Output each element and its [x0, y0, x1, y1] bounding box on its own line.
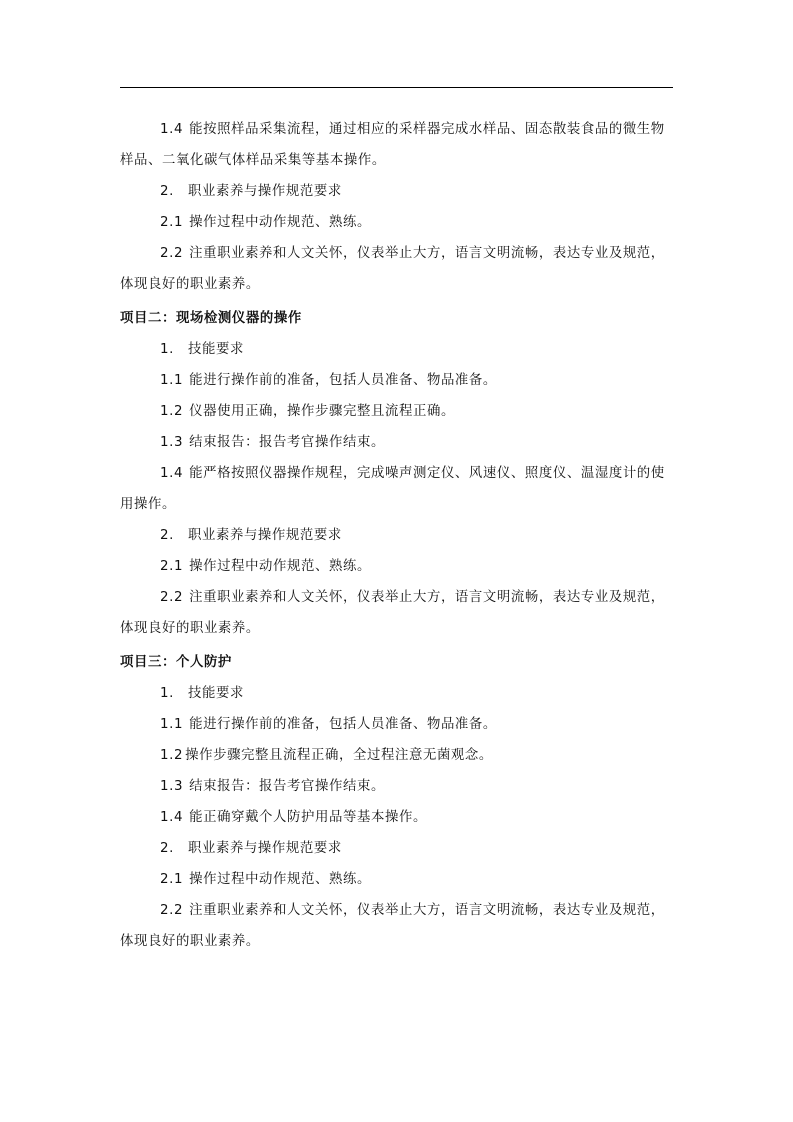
list-heading: 2.职业素养与操作规范要求 — [120, 833, 673, 864]
paragraph: 1.2操作步骤完整且流程正确，全过程注意无菌观念。 — [120, 740, 673, 771]
item-text: 操作过程中动作规范、熟练。 — [189, 215, 371, 230]
item-text: 职业素养与操作规范要求 — [188, 184, 342, 199]
item-number: 1. — [160, 686, 174, 701]
item-text: 操作过程中动作规范、熟练。 — [189, 872, 371, 887]
paragraph: 1.2仪器使用正确，操作步骤完整且流程正确。 — [120, 396, 673, 427]
paragraph: 1.3结束报告：报告考官操作结束。 — [120, 771, 673, 802]
paragraph: 2.2注重职业素养和人文关怀，仪表举止大方，语言文明流畅，表达专业及规范，体现良… — [120, 582, 673, 644]
item-text: 注重职业素养和人文关怀，仪表举止大方，语言文明流畅，表达专业及规范，体现良好的职… — [120, 246, 665, 292]
item-text: 能按照样品采集流程，通过相应的采样器完成水样品、固态散装食品的微生物样品、二氧化… — [120, 122, 665, 168]
item-text: 注重职业素养和人文关怀，仪表举止大方，语言文明流畅，表达专业及规范，体现良好的职… — [120, 903, 665, 949]
paragraph: 1.1能进行操作前的准备，包括人员准备、物品准备。 — [120, 709, 673, 740]
item-text: 结束报告：报告考官操作结束。 — [189, 779, 385, 794]
document-body: 1.4能按照样品采集流程，通过相应的采样器完成水样品、固态散装食品的微生物样品、… — [120, 114, 673, 957]
item-number: 2.2 — [160, 246, 183, 261]
header-rule — [120, 87, 673, 88]
item-text: 仪器使用正确，操作步骤完整且流程正确。 — [189, 404, 455, 419]
paragraph: 1.4能正确穿戴个人防护用品等基本操作。 — [120, 802, 673, 833]
item-number: 2.2 — [160, 903, 183, 918]
item-text: 能进行操作前的准备，包括人员准备、物品准备。 — [189, 717, 497, 732]
paragraph: 2.1操作过程中动作规范、熟练。 — [120, 207, 673, 238]
intro-block: 1.4能按照样品采集流程，通过相应的采样器完成水样品、固态散装食品的微生物样品、… — [120, 114, 673, 300]
paragraph: 2.1操作过程中动作规范、熟练。 — [120, 864, 673, 895]
section-project-2: 项目二：现场检测仪器的操作 1.技能要求 1.1能进行操作前的准备，包括人员准备… — [120, 303, 673, 644]
item-number: 1.1 — [160, 717, 183, 732]
item-number: 1.4 — [160, 810, 183, 825]
item-text: 能正确穿戴个人防护用品等基本操作。 — [189, 810, 427, 825]
paragraph: 2.2注重职业素养和人文关怀，仪表举止大方，语言文明流畅，表达专业及规范，体现良… — [120, 895, 673, 957]
item-number: 2. — [160, 528, 174, 543]
item-number: 1.2 — [160, 404, 183, 419]
paragraph: 1.4能按照样品采集流程，通过相应的采样器完成水样品、固态散装食品的微生物样品、… — [120, 114, 673, 176]
item-text: 操作过程中动作规范、熟练。 — [189, 559, 371, 574]
item-number: 2.2 — [160, 590, 183, 605]
item-text: 能严格按照仪器操作规程，完成噪声测定仪、风速仪、照度仪、温湿度计的使用操作。 — [120, 466, 665, 512]
item-number: 2.1 — [160, 872, 183, 887]
section-title: 项目三：个人防护 — [120, 647, 673, 678]
paragraph: 1.1能进行操作前的准备，包括人员准备、物品准备。 — [120, 365, 673, 396]
list-heading: 2.职业素养与操作规范要求 — [120, 176, 673, 207]
section-project-3: 项目三：个人防护 1.技能要求 1.1能进行操作前的准备，包括人员准备、物品准备… — [120, 647, 673, 957]
item-number: 1.1 — [160, 373, 183, 388]
item-text: 注重职业素养和人文关怀，仪表举止大方，语言文明流畅，表达专业及规范，体现良好的职… — [120, 590, 665, 636]
item-number: 2. — [160, 841, 174, 856]
item-text: 职业素养与操作规范要求 — [188, 841, 342, 856]
item-text: 结束报告：报告考官操作结束。 — [189, 435, 385, 450]
item-text: 能进行操作前的准备，包括人员准备、物品准备。 — [189, 373, 497, 388]
paragraph: 2.1操作过程中动作规范、熟练。 — [120, 551, 673, 582]
item-number: 2.1 — [160, 215, 183, 230]
item-text: 技能要求 — [188, 686, 244, 701]
section-title: 项目二：现场检测仪器的操作 — [120, 303, 673, 334]
paragraph: 2.2注重职业素养和人文关怀，仪表举止大方，语言文明流畅，表达专业及规范，体现良… — [120, 238, 673, 300]
paragraph: 1.4能严格按照仪器操作规程，完成噪声测定仪、风速仪、照度仪、温湿度计的使用操作… — [120, 458, 673, 520]
item-text: 操作步骤完整且流程正确，全过程注意无菌观念。 — [185, 748, 493, 763]
item-number: 1.4 — [160, 466, 183, 481]
item-number: 1.2 — [160, 748, 183, 763]
item-text: 职业素养与操作规范要求 — [188, 528, 342, 543]
list-heading: 1.技能要求 — [120, 334, 673, 365]
item-number: 1. — [160, 342, 174, 357]
item-text: 技能要求 — [188, 342, 244, 357]
item-number: 2.1 — [160, 559, 183, 574]
list-heading: 2.职业素养与操作规范要求 — [120, 520, 673, 551]
item-number: 2. — [160, 184, 174, 199]
item-number: 1.3 — [160, 435, 183, 450]
list-heading: 1.技能要求 — [120, 678, 673, 709]
item-number: 1.3 — [160, 779, 183, 794]
item-number: 1.4 — [160, 122, 183, 137]
paragraph: 1.3结束报告：报告考官操作结束。 — [120, 427, 673, 458]
